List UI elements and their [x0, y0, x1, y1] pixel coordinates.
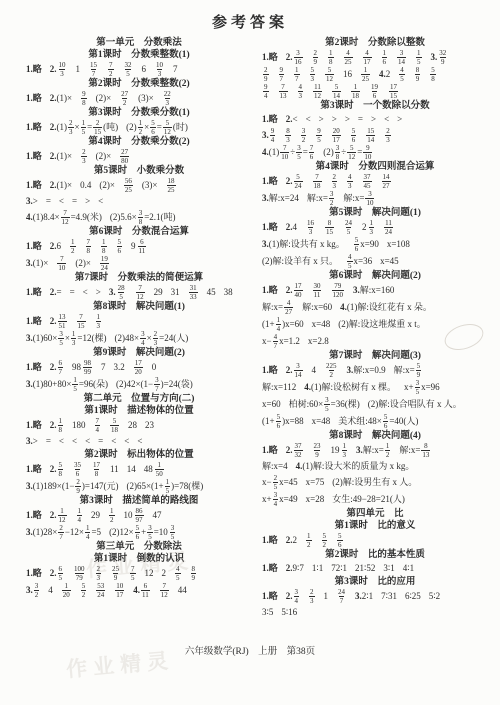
fraction-denominator: 3 [157, 69, 163, 78]
fraction-numerator: 2 [273, 474, 279, 482]
answer-chunk: 12 [145, 568, 154, 579]
fraction: 247 [337, 588, 346, 605]
answer-chunk: 108697 [124, 507, 145, 524]
fraction-numerator: 8 [423, 442, 429, 450]
fraction-numerator: 37 [363, 173, 372, 181]
fraction: 58 [58, 461, 64, 478]
answer-text: )=78(棵) [171, 481, 203, 492]
answer-chunk: 38 [224, 287, 233, 298]
fraction-denominator: 2 [122, 98, 128, 107]
fraction-numerator: 35 [73, 461, 82, 469]
answer-chunk: 56 [336, 532, 344, 549]
answer-text: (2)解:设羊有 x 只。 [262, 256, 338, 267]
fraction-denominator: 40 [294, 290, 303, 299]
answer-text: (2)× [99, 180, 115, 191]
item-label: 1.略 [26, 180, 42, 191]
fraction: 15 [72, 376, 78, 393]
answer-chunk: 2.4 [286, 222, 297, 233]
answer-text: =2.1(吨) [144, 212, 175, 223]
fraction-denominator: 2 [108, 69, 114, 78]
fraction-numerator: 1 [70, 238, 76, 246]
fraction: 56 [135, 524, 141, 541]
fraction: 3745 [363, 173, 372, 190]
answer-text: ÷ [290, 147, 295, 158]
fraction-denominator: 4 [294, 596, 300, 605]
answer-chunk: 2.3732 [286, 442, 304, 459]
fraction-denominator: 7 [294, 74, 300, 83]
fraction-numerator: 9 [81, 90, 87, 98]
answer-chunk: x=75 [306, 477, 325, 488]
answer-chunk: 2780 [119, 148, 130, 165]
fraction: 56 [150, 119, 156, 136]
answer-text: =5 [91, 527, 101, 538]
mixed-whole: 9 [131, 241, 136, 252]
fraction-denominator: 6 [382, 57, 388, 66]
answer-text: 72∶1 [331, 563, 347, 574]
answer-chunk: 712 [159, 582, 170, 599]
lesson-header: 第6课时 分数混合运算 [26, 226, 252, 238]
answer-text: x=45 [279, 477, 298, 488]
fraction-denominator: 2 [385, 450, 391, 459]
fraction-denominator: 2 [329, 198, 335, 207]
answer-text: 9∶7 [293, 563, 304, 574]
answer-chunk: 118 [350, 83, 361, 100]
fraction-numerator: 37 [294, 442, 303, 450]
answer-chunk: 815 [324, 219, 335, 236]
lesson-header: 第3课时 一个数除以分数 [262, 100, 488, 112]
fraction-denominator: 2 [322, 540, 328, 549]
fraction: 712 [61, 209, 70, 226]
answer-chunk: (2)12×56+35=1035 [109, 524, 176, 541]
fraction-numerator: 100 [73, 565, 86, 573]
fraction-denominator: 3 [332, 181, 338, 190]
answer-chunk: < [59, 436, 64, 447]
fraction-numerator: 3 [170, 524, 176, 532]
fraction-denominator: 7 [58, 367, 64, 376]
answer-text: = [303, 147, 308, 158]
answer-chunk: 98 [80, 90, 88, 107]
answer-chunk: 3.329 [431, 49, 449, 66]
answer-chunk: 23 [308, 588, 316, 605]
fraction: 150 [155, 461, 164, 478]
item-label: 3. [26, 481, 33, 492]
answer-text: x=90 [360, 239, 379, 250]
fraction-denominator: 15 [325, 227, 334, 236]
answer-chunk: (2)× [96, 151, 112, 162]
fraction-numerator: 86 [135, 507, 144, 515]
mixed-whole: 19 [331, 445, 340, 456]
answer-chunk: 14 [127, 464, 136, 475]
answer-line: 947134311125141181961715 [262, 83, 488, 100]
answer-chunk: 1.略 [262, 52, 278, 63]
fraction-denominator: 4 [273, 499, 279, 508]
answer-text: < [98, 196, 103, 207]
answer-chunk: 213 [362, 219, 375, 236]
answer-text: 7 [101, 362, 106, 373]
answer-line: 1.略2.(1)23×15=215(吨)(2)12×56=512(时) [26, 119, 252, 136]
answer-chunk: 2.< [286, 114, 298, 125]
item-label: 3. [26, 333, 33, 344]
answer-text: x+ [262, 494, 272, 505]
fraction-numerator: 5 [354, 236, 360, 244]
fraction: 196 [370, 83, 379, 100]
fraction: 43 [347, 173, 353, 190]
fraction-denominator: 3 [71, 338, 77, 347]
fraction-denominator: 25 [167, 185, 176, 194]
item-label: 3. [262, 193, 269, 204]
answer-chunk: x=48 [312, 416, 331, 427]
answer-text: −12× [65, 527, 84, 538]
answer-chunk: 13 [95, 313, 103, 330]
answer-line: 3.(1)×710(2)×1924 [26, 255, 252, 272]
answer-text: 2∶1 [362, 591, 373, 602]
answer-text: x=60 [262, 399, 281, 410]
answer-chunk: 4 [48, 585, 53, 596]
fraction: 45 [399, 66, 405, 83]
fraction-denominator: 3 [308, 227, 314, 236]
answer-chunk: 178 [91, 461, 102, 478]
item-label: 4. [262, 147, 269, 158]
answer-chunk: (2)解:设男生有 x 人。 [332, 477, 417, 488]
answer-text: 21∶52 [355, 563, 375, 574]
answer-chunk: 2.112 [50, 507, 68, 524]
fraction-denominator: 10 [365, 198, 374, 207]
fraction: 12 [306, 532, 312, 549]
fraction-numerator: 20 [332, 127, 341, 135]
item-label: 3. [356, 445, 363, 456]
answer-chunk: (2)38÷512=910 [323, 144, 373, 161]
answer-text: < [85, 436, 90, 447]
fraction: 5324 [96, 582, 105, 599]
fraction-numerator: 1 [369, 219, 375, 227]
fraction-denominator: 5 [347, 261, 353, 270]
fraction-denominator: 13 [421, 450, 430, 459]
answer-chunk: 3∶1 [383, 563, 394, 574]
unit-header: 第一单元 分数乘法 [26, 37, 252, 49]
fraction-denominator: 5 [175, 573, 181, 582]
fraction-numerator: 10 [155, 61, 164, 69]
answer-text: = [46, 196, 51, 207]
answer-chunk: 1.略 [262, 176, 278, 187]
answer-chunk: 1 [324, 591, 329, 602]
fraction-numerator: 1 [109, 507, 115, 515]
answer-chunk: 2.(1)× [50, 151, 72, 162]
fraction-denominator: 15 [389, 91, 398, 100]
fraction-numerator: 5 [383, 413, 389, 421]
lesson-header: 第9课时 解决问题(2) [26, 347, 252, 359]
answer-line: 1.略2.135171513 [26, 313, 252, 330]
answer-chunk: 2.65 [50, 565, 64, 582]
answer-chunk: 4.(1)解:设松树有 x 棵。 [304, 382, 396, 393]
answer-line: 3∶55∶16 [262, 605, 488, 620]
fraction-numerator: 1 [382, 49, 388, 57]
fraction-denominator: 3 [369, 227, 375, 236]
fraction-denominator: 14 [366, 135, 375, 144]
fraction-denominator: 12 [61, 217, 70, 226]
fraction-numerator: 3 [324, 396, 330, 404]
mixed-whole: 10 [159, 527, 168, 538]
answer-line: 1.略2.11214291210869747 [26, 507, 252, 524]
answer-chunk: 2.9∶7 [286, 563, 304, 574]
answer-chunk: x=2.8 [308, 336, 329, 347]
fraction-denominator: 14 [332, 91, 341, 100]
answer-chunk: 52 [321, 532, 329, 549]
answer-chunk: x−47x=1.2 [262, 333, 300, 350]
answer-text: (2)× [96, 93, 112, 104]
fraction-numerator: 5 [310, 66, 316, 74]
answer-chunk: x=28 [306, 494, 325, 505]
answer-chunk: 180 [72, 420, 86, 431]
answer-chunk: 29 [91, 510, 100, 521]
answer-line: 1.略2.6127818569611 [26, 238, 252, 255]
answer-chunk: 0.4 [80, 180, 91, 191]
fraction-numerator: 3 [154, 376, 160, 384]
fraction: 27 [58, 524, 64, 541]
fraction: 89 [191, 565, 197, 582]
answer-line: 4.(1)8.4×712=4.9(米)(2)5.6×38=2.1(吨) [26, 209, 252, 226]
fraction: 178 [92, 461, 101, 478]
answer-chunk: (2)× [96, 93, 112, 104]
answer-chunk: < [137, 436, 142, 447]
fraction-denominator: 9 [416, 370, 422, 379]
fraction-numerator: 1 [363, 66, 369, 74]
fraction-numerator: 27 [120, 148, 129, 156]
fraction-numerator: 1 [81, 119, 87, 127]
fraction-numerator: 1 [156, 461, 162, 469]
fraction: 518 [110, 417, 119, 434]
fraction-numerator: 4 [347, 173, 353, 181]
answer-text: 解:x=0.9 [353, 365, 385, 376]
fraction: 45 [347, 253, 353, 270]
fraction-numerator: 1 [276, 316, 282, 324]
answer-line: 解:x=427解:x=604.(1)解:设红花有 x 朵。 [262, 299, 488, 316]
fraction: 1124 [384, 219, 393, 236]
fraction-numerator: 1 [294, 66, 300, 74]
fraction-denominator: 2 [70, 246, 76, 255]
answer-text: x− [262, 336, 272, 347]
fraction-numerator: 5 [351, 127, 357, 135]
answer-chunk: 56x=90 [353, 236, 379, 253]
answer-text: 11 [110, 464, 119, 475]
answer-chunk: 314 [396, 49, 407, 66]
fraction-numerator: 3 [273, 491, 279, 499]
fraction: 2252 [325, 362, 338, 379]
fraction-denominator: 5 [170, 532, 176, 541]
fraction: 18 [58, 417, 64, 434]
fraction: 12 [385, 442, 391, 459]
answer-line: 1.略2.524718234337451427 [262, 173, 488, 190]
fraction-denominator: 6 [337, 540, 343, 549]
answer-chunk: 5∶2 [429, 591, 440, 602]
answer-text: ÷ [341, 147, 346, 158]
answer-line: (1+56)x=88x=48美术组:48×56=40(人) [262, 413, 488, 430]
fraction-numerator: 3 [294, 588, 300, 596]
fraction-numerator: 7 [314, 173, 320, 181]
answer-text: 45 [207, 287, 216, 298]
fraction-numerator: 23 [313, 442, 322, 450]
fraction-numerator: 9 [263, 83, 269, 91]
fraction-numerator: 17 [389, 83, 398, 91]
answer-chunk: 1.略 [26, 464, 42, 475]
answer-chunk: 425 [343, 49, 354, 66]
answer-text: (1) [57, 122, 68, 133]
answer-chunk: 解:x=4 [262, 461, 288, 472]
fraction-numerator: 10 [58, 61, 67, 69]
fraction: 38 [138, 209, 144, 226]
fraction-numerator: 1 [385, 442, 391, 450]
fraction-numerator: 1 [96, 313, 102, 321]
fraction-numerator: 1 [71, 330, 77, 338]
answer-chunk: 1.略 [262, 535, 278, 546]
answer-line: x=60柏树:60×35=36(棵)(2)解:设合唱队有 x 人。 [262, 396, 488, 413]
mixed-whole: 48 [144, 464, 153, 475]
fraction: 2780 [120, 148, 129, 165]
fraction: 223 [163, 90, 172, 107]
fraction: 34 [273, 491, 279, 508]
answer-chunk: (2)42×(1−37)=24(袋) [116, 376, 193, 393]
answer-line: 3.(1)80+80×15=96(朵)(2)42×(1−37)=24(袋) [26, 376, 252, 393]
answer-chunk: 3.(1)189×(1−29)=147(元) [26, 478, 118, 495]
answer-chunk: 10079 [72, 565, 87, 582]
answer-line: 3.(1)189×(1−29)=147(元)(2)65×(1+15)=78(棵) [26, 478, 252, 495]
item-label: 3. [26, 585, 33, 596]
answer-chunk: 柏树:60×35=36(棵) [289, 396, 360, 413]
lesson-header: 第5课时 解决问题(1) [262, 207, 488, 219]
fraction-numerator: 2 [263, 66, 269, 74]
fraction-denominator: 25 [361, 74, 370, 83]
item-label: 2. [50, 510, 57, 521]
fraction: 215 [93, 119, 102, 136]
answer-text: 28 [128, 420, 137, 431]
fraction: 56 [383, 413, 389, 430]
answer-text: (2) [323, 147, 334, 158]
answer-chunk: 2.(1)× [50, 180, 72, 191]
answer-chunk: 9611 [131, 238, 147, 255]
answer-text: 2 [386, 69, 391, 80]
answer-chunk: 18 [100, 238, 108, 255]
fraction: 512 [325, 66, 334, 83]
answer-chunk: (2)12×56=512(时) [126, 119, 188, 136]
fraction-numerator: 19 [370, 83, 379, 91]
answer-chunk: 196 [369, 83, 380, 100]
fraction: 45 [175, 565, 181, 582]
answer-chunk: 89 [190, 565, 198, 582]
answer-chunk: 239 [312, 442, 323, 459]
answer-chunk: 1.略 [26, 241, 42, 252]
fraction-denominator: 7 [273, 341, 279, 350]
answer-chunk: 1.略 [26, 93, 42, 104]
item-label: 3. [431, 52, 438, 63]
fraction-denominator: 9 [415, 74, 421, 83]
fraction-denominator: 8 [335, 152, 341, 161]
answer-chunk: 3.32 [26, 582, 40, 599]
fraction-denominator: 50 [155, 469, 164, 478]
fraction-denominator: 5 [324, 404, 330, 413]
answer-line: 1.略2.342312473.2∶17∶316∶255∶2 [262, 588, 488, 605]
fraction-denominator: 51 [58, 321, 67, 330]
fraction-numerator: 2 [75, 478, 81, 486]
answer-chunk: 97 [278, 66, 286, 83]
fraction: 512 [347, 144, 356, 161]
fraction-denominator: 8 [86, 246, 92, 255]
fraction-numerator: 2 [153, 330, 159, 338]
item-label: 2. [286, 563, 293, 574]
answer-chunk: (3)× [142, 180, 158, 191]
lesson-header: 第7课时 分数乘法的简便运算 [26, 272, 252, 284]
fraction-denominator: 3 [347, 181, 353, 190]
answer-chunk: 0 [152, 362, 157, 373]
answer-text: 柏树:60× [289, 399, 324, 410]
answer-text: 解:x=24 [269, 193, 299, 204]
item-label: 1.略 [262, 365, 278, 376]
fraction-denominator: 7 [339, 596, 345, 605]
fraction-denominator: 8 [138, 217, 144, 226]
mixed-number: 108697 [124, 507, 145, 524]
answer-text: x=75 [306, 477, 325, 488]
fraction-numerator: 5 [337, 532, 343, 540]
answer-chunk: (2)解:设羊有 x 只。 [262, 256, 338, 267]
item-label: 1.略 [262, 445, 278, 456]
fraction-denominator: 3 [309, 596, 315, 605]
fraction-numerator: 18 [167, 177, 176, 185]
answer-text: = [358, 114, 363, 125]
answer-chunk: x+34x=49 [262, 491, 298, 508]
item-label: 3. [262, 239, 269, 250]
answer-text: x+ [404, 382, 414, 393]
answer-chunk: (2)× [99, 180, 115, 191]
fraction-numerator: 3 [329, 190, 335, 198]
fraction-numerator: 8 [285, 127, 291, 135]
fraction-numerator: 7 [78, 313, 84, 321]
answer-text: < [59, 436, 64, 447]
fraction-denominator: 3 [285, 135, 291, 144]
fraction: 43 [298, 83, 304, 100]
answer-chunk: 解:x=59 [394, 362, 423, 379]
fraction: 23 [385, 127, 391, 144]
fraction-denominator: 14 [397, 57, 406, 66]
answer-text: 29 [154, 287, 163, 298]
answer-chunk: = [72, 196, 77, 207]
fraction: 1112 [313, 83, 322, 100]
fraction: 18 [101, 238, 107, 255]
fraction: 5625 [124, 177, 133, 194]
fraction-numerator: 2 [95, 119, 101, 127]
answer-text: (2)解:设合唱队有 x 人。 [368, 399, 462, 410]
fraction-denominator: 6 [150, 127, 156, 136]
answer-chunk: 3.> [26, 436, 38, 447]
fraction: 56 [276, 413, 282, 430]
fraction-denominator: 6 [372, 91, 378, 100]
answer-chunk: 3.285 [109, 284, 127, 301]
fraction-denominator: 6 [117, 246, 123, 255]
fraction-numerator: 1 [342, 442, 348, 450]
item-label: 2. [286, 535, 293, 546]
fraction: 35 [296, 144, 302, 161]
item-label: 1.略 [26, 64, 42, 75]
fraction-numerator: 7 [309, 144, 315, 152]
answer-text: 6 [57, 241, 62, 252]
fraction-numerator: 5 [81, 582, 87, 590]
fraction-numerator: 4 [273, 333, 279, 341]
fraction: 710 [57, 255, 66, 272]
fraction-numerator: 3 [296, 144, 302, 152]
fraction-denominator: 8 [94, 469, 100, 478]
answer-text: > [345, 114, 350, 125]
answer-text: 6∶25 [405, 591, 421, 602]
fraction: 1514 [366, 127, 375, 144]
fraction: 13 [342, 442, 348, 459]
fraction: 13 [71, 330, 77, 347]
